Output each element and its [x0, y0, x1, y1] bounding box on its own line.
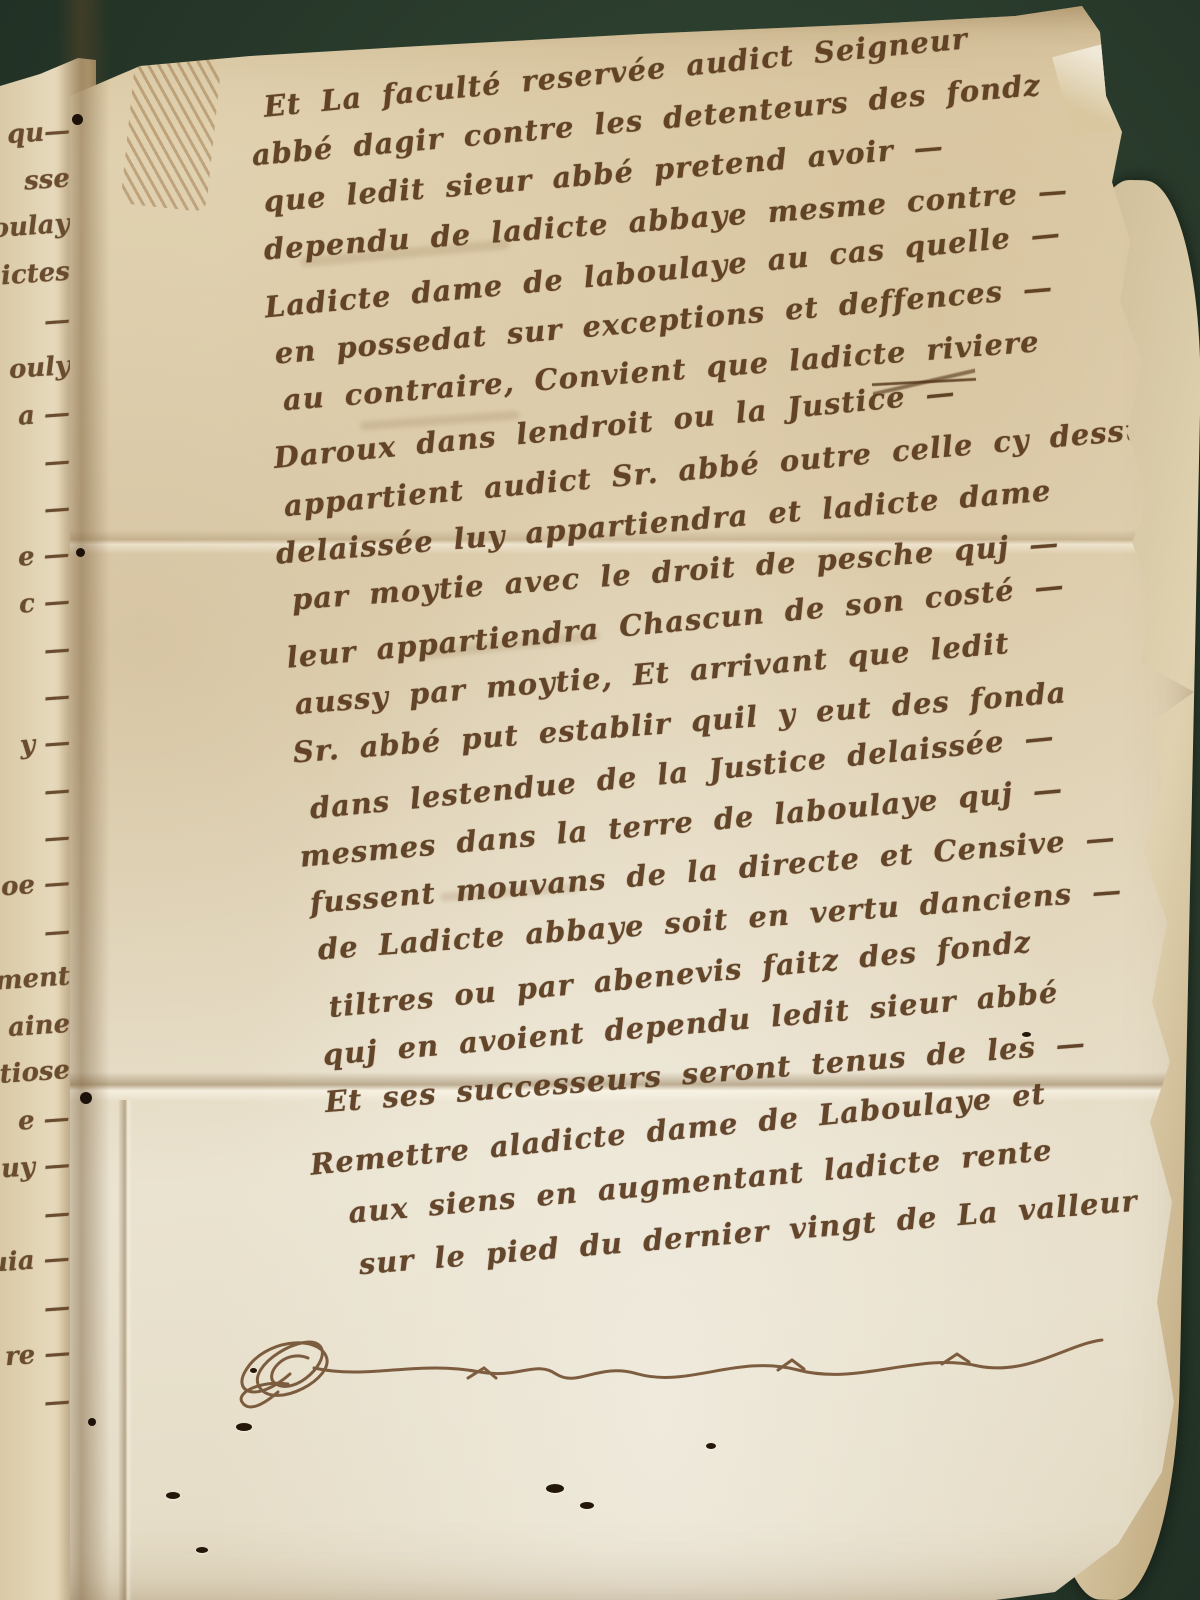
- manuscript-page: Et La faculté reservée audict Seigneurab…: [0, 0, 1200, 1600]
- margin-fragment: —: [43, 493, 71, 525]
- margin-fragment: uy —: [0, 1150, 71, 1185]
- margin-fragment: qu—: [6, 116, 71, 150]
- margin-fragment: —: [43, 1386, 71, 1418]
- margin-fragment: c —: [18, 586, 71, 619]
- margin-fragment: aine: [7, 1009, 71, 1043]
- handwritten-text-block: Et La faculté reservée audict Seigneurab…: [236, 9, 1200, 1403]
- fold-crease: [118, 1100, 132, 1600]
- margin-fragment: —: [43, 822, 71, 854]
- worm-hole: [706, 1443, 716, 1449]
- stitch-dot: [80, 1092, 92, 1104]
- margin-fragment: oe —: [0, 868, 71, 903]
- margin-fragment: e —: [17, 1103, 71, 1137]
- binding-thread: [120, 52, 221, 212]
- worm-hole: [236, 1423, 252, 1431]
- worm-hole: [166, 1492, 180, 1499]
- margin-fragment: —: [43, 916, 71, 948]
- worm-hole: [546, 1484, 564, 1493]
- margin-fragment: soulay: [0, 209, 71, 245]
- margin-fragment: —: [43, 775, 71, 807]
- margin-fragment: —: [43, 446, 71, 478]
- margin-fragment: ouly: [8, 351, 71, 385]
- margin-fragment: sse: [23, 163, 71, 196]
- margin-fragment: re —: [4, 1338, 71, 1372]
- margin-fragment: y —: [19, 727, 71, 760]
- manuscript-photograph: qu—ssesoulayictes—oulya ———e —c ———y ———…: [0, 0, 1200, 1600]
- stitch-dot: [76, 548, 85, 557]
- margin-fragment: a —: [17, 398, 71, 432]
- margin-fragment: ment: [0, 961, 71, 996]
- margin-fragment: —: [43, 634, 71, 666]
- margin-fragment: stiose: [0, 1055, 71, 1091]
- margin-fragment: ictes: [0, 257, 71, 292]
- stitch-dot: [72, 114, 83, 125]
- margin-fragment: —: [43, 1292, 71, 1324]
- worm-hole: [196, 1547, 208, 1553]
- worm-hole: [580, 1502, 594, 1509]
- margin-fragment: e —: [17, 539, 71, 573]
- margin-fragment: —: [43, 681, 71, 713]
- paraph-flourish: [218, 1282, 1118, 1432]
- margin-fragment: —: [43, 305, 71, 337]
- margin-fragment: —: [43, 1198, 71, 1230]
- worm-hole: [250, 1368, 257, 1373]
- stitch-dot: [88, 1418, 96, 1426]
- worm-hole: [1022, 1032, 1031, 1037]
- margin-fragment: uia —: [0, 1243, 71, 1279]
